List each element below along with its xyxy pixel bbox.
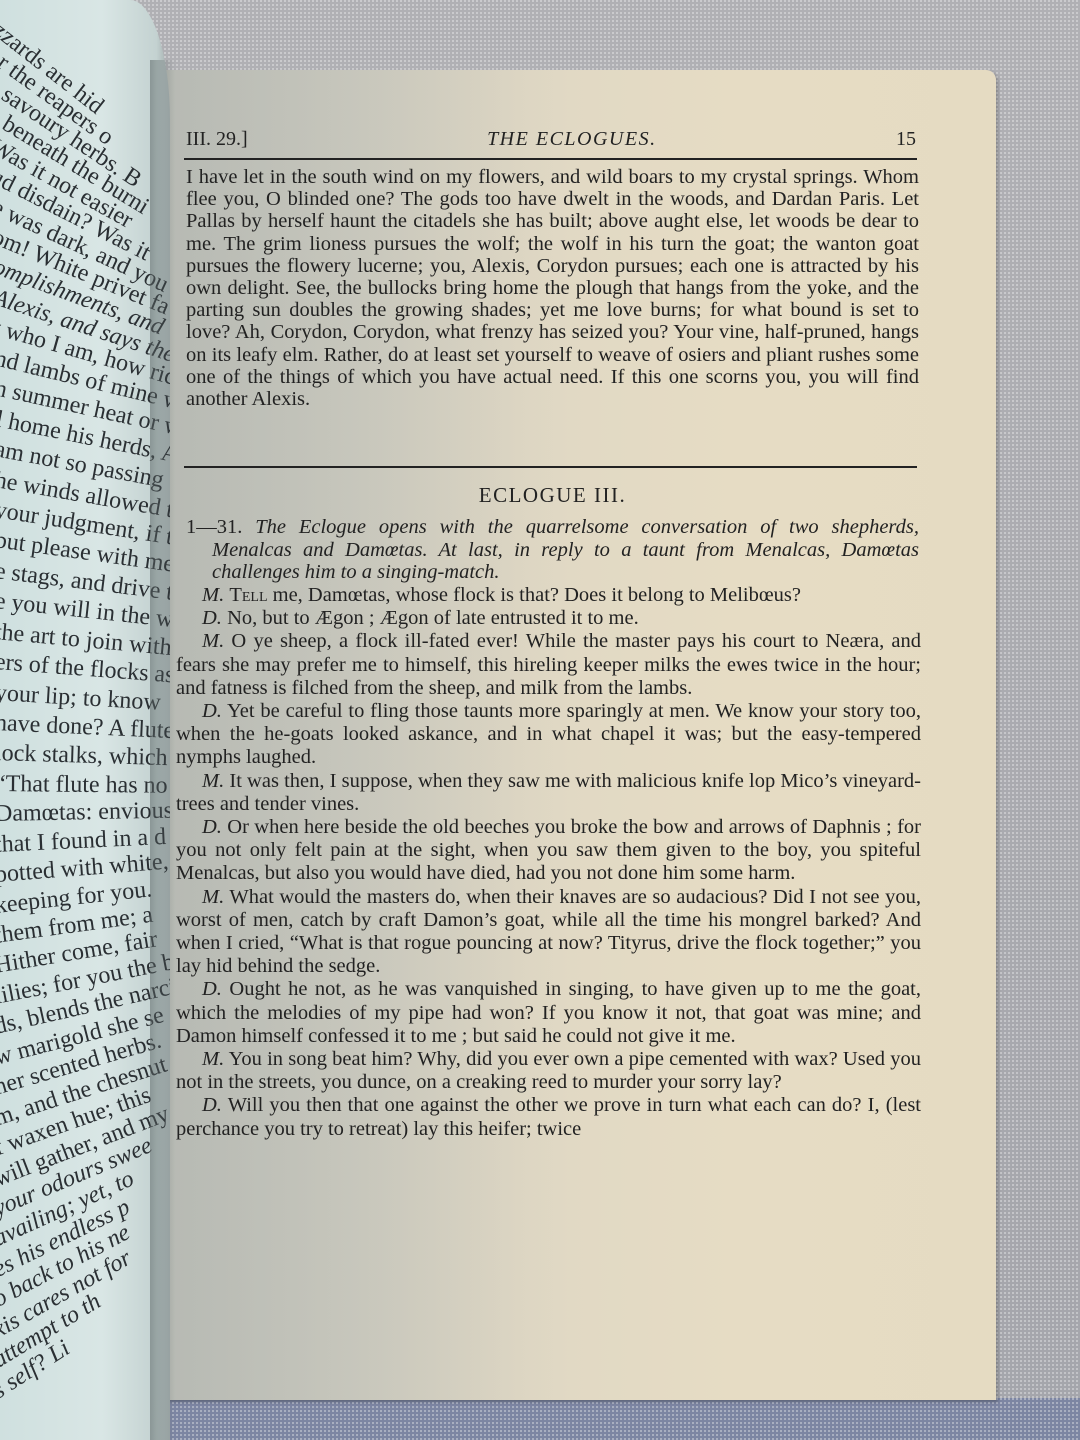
right-page: III. 29.] THE ECLOGUES. 15 I have let in…: [150, 70, 996, 1400]
header-rule: [184, 158, 917, 160]
background-cloth-bottom: [140, 1398, 1080, 1440]
speech-text: No, but to Ægon ; Ægon of late entrusted…: [227, 607, 639, 629]
speaker-label: M.: [202, 1048, 224, 1070]
opening-paragraph: I have let in the south wind on my flowe…: [186, 166, 919, 410]
speech-text: Ought he not, as he was vanquished in si…: [176, 978, 921, 1046]
speaker-label: M.: [202, 584, 224, 606]
speaker-label: D.: [202, 607, 222, 629]
speech-7: M. What would the masters do, when their…: [176, 886, 921, 979]
speech-10: D. Will you then that one against the ot…: [176, 1094, 921, 1140]
left-page: izzards are hidor the reapers os savoury…: [0, 0, 170, 1440]
speech-text: Will you then that one against the other…: [176, 1094, 921, 1139]
speech-1: M. Tell me, Damœtas, whose flock is that…: [176, 584, 921, 607]
speech-text: You in song beat him? Why, did you ever …: [176, 1048, 921, 1093]
eclogue-heading: ECLOGUE III.: [186, 483, 919, 508]
speech-text: Yet be careful to fling those taunts mor…: [176, 700, 921, 768]
speech-lead: Tell: [229, 584, 267, 606]
page-number: 15: [896, 128, 916, 151]
line-range: 1—31.: [186, 516, 242, 538]
speech-text: O ye sheep, a flock ill-fated ever! Whil…: [176, 630, 921, 698]
speech-text: It was then, I suppose, when they saw me…: [176, 770, 921, 815]
section-divider-rule: [184, 466, 917, 468]
eclogue-argument: 1—31. The Eclogue opens with the quarrel…: [186, 516, 919, 584]
speech-text: What would the masters do, when their kn…: [176, 886, 921, 978]
section-reference: III. 29.]: [186, 128, 248, 151]
argument-summary: The Eclogue opens with the quarrelsome c…: [212, 516, 919, 583]
speaker-label: D.: [202, 816, 222, 838]
gutter-shadow: [150, 60, 175, 1440]
left-page-line: Damœtas: envious: [0, 798, 170, 828]
speech-2: D. No, but to Ægon ; Ægon of late entrus…: [176, 607, 921, 630]
speech-3: M. O ye sheep, a flock ill-fated ever! W…: [176, 630, 921, 700]
book-title: THE ECLOGUES.: [487, 128, 657, 151]
speech-5: M. It was then, I suppose, when they saw…: [176, 770, 921, 816]
speaker-label: D.: [202, 700, 222, 722]
speech-text: Or when here beside the old beeches you …: [176, 816, 921, 884]
running-head: III. 29.] THE ECLOGUES. 15: [186, 128, 916, 151]
speech-4: D. Yet be careful to fling those taunts …: [176, 700, 921, 770]
speaker-label: M.: [202, 630, 224, 652]
speech-8: D. Ought he not, as he was vanquished in…: [176, 978, 921, 1048]
speaker-label: M.: [202, 770, 224, 792]
left-page-line: lock stalks, which D: [0, 740, 170, 773]
speaker-label: M.: [202, 886, 224, 908]
speaker-label: D.: [202, 978, 222, 1000]
speaker-label: D.: [202, 1094, 222, 1116]
speech-text: me, Damœtas, whose flock is that? Does i…: [268, 584, 801, 606]
opening-paragraph-text: I have let in the south wind on my flowe…: [186, 166, 919, 410]
left-page-line: “That flute has no: [0, 771, 168, 800]
speech-9: M. You in song beat him? Why, did you ev…: [176, 1048, 921, 1094]
dialogue: M. Tell me, Damœtas, whose flock is that…: [176, 584, 921, 1141]
speech-6: D. Or when here beside the old beeches y…: [176, 816, 921, 886]
